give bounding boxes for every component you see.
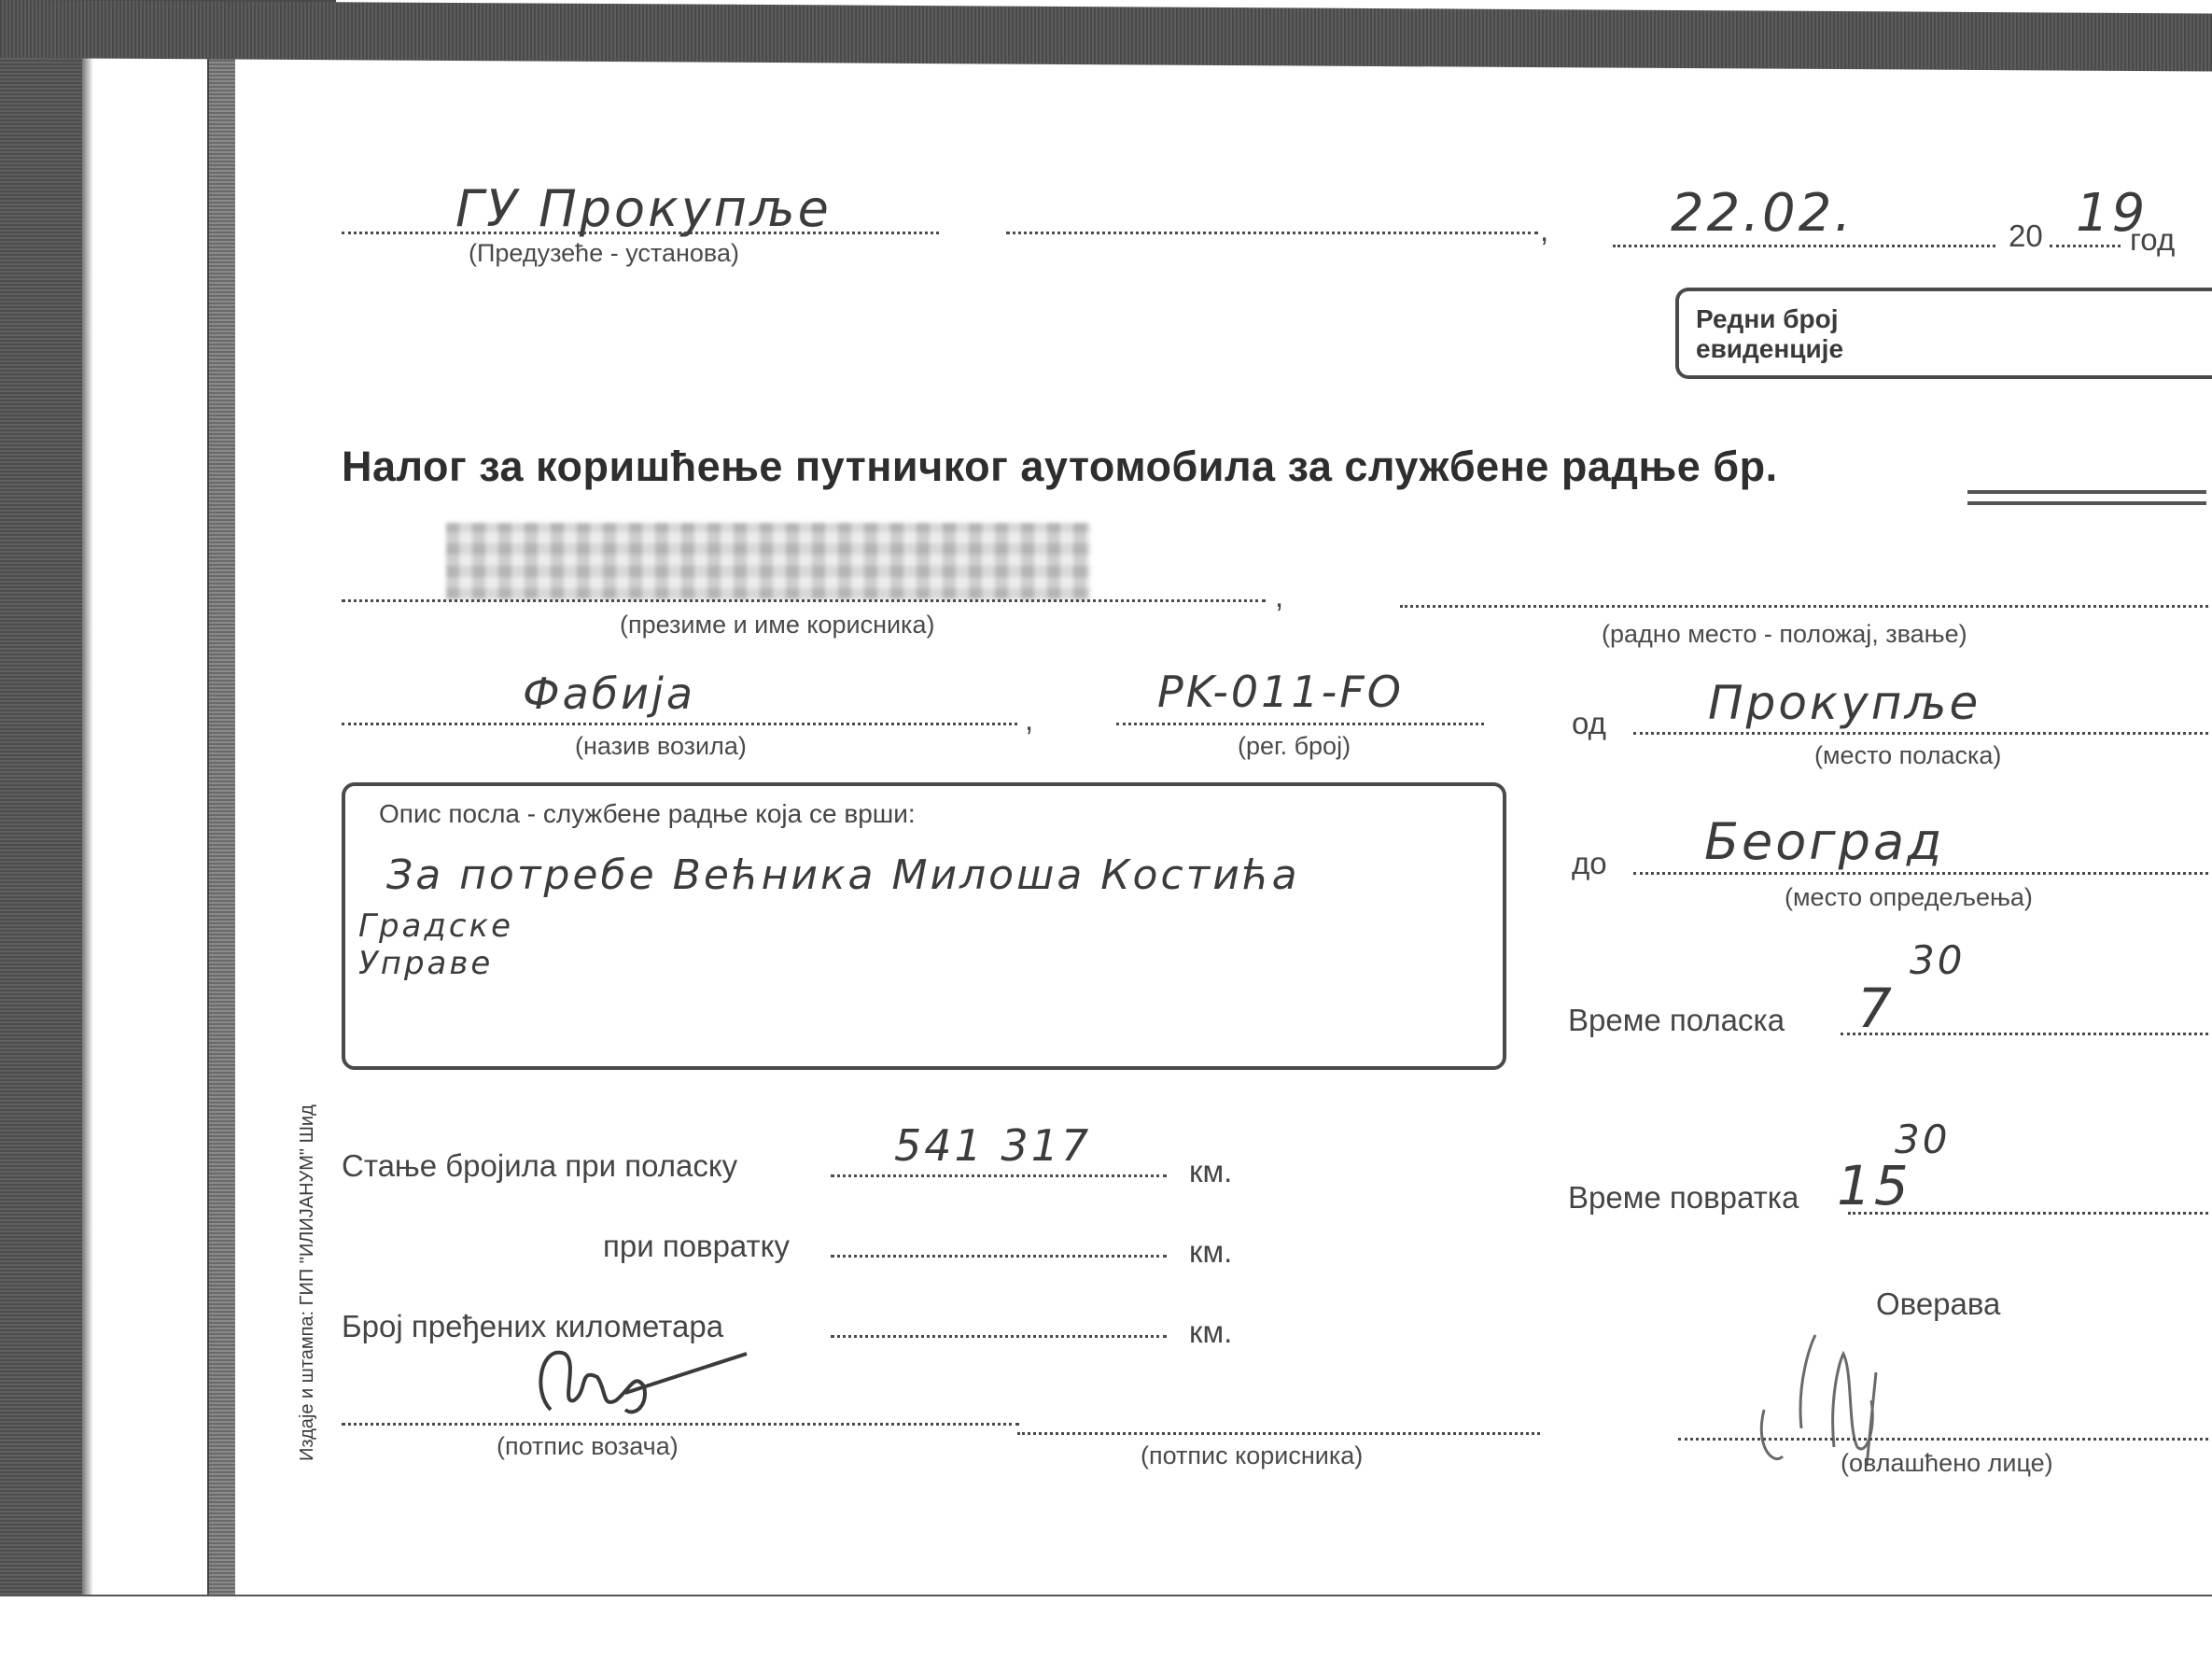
order-number-line-2 xyxy=(1967,501,2206,505)
route-from-label: од xyxy=(1572,706,1606,741)
driver-signature xyxy=(523,1335,765,1419)
authorized-signature-field[interactable] xyxy=(1678,1438,2208,1441)
odometer-departure-value: 541 317 xyxy=(894,1120,1091,1171)
place-comma: , xyxy=(1540,213,1548,248)
departure-time-minutes: 30 xyxy=(1910,937,1965,983)
user-signature-caption: (потпис корисника) xyxy=(1141,1441,1363,1470)
distance-unit: км. xyxy=(1189,1315,1232,1350)
odometer-departure-unit: км. xyxy=(1189,1154,1232,1189)
year-prefix: 20 xyxy=(2009,218,2043,254)
page-title: Налог за коришћење путничког аутомобила … xyxy=(342,443,1778,491)
distance-field[interactable] xyxy=(831,1335,1167,1338)
job-description-box[interactable]: Опис посла - службене радње која се врши… xyxy=(342,782,1506,1070)
user-name-caption: (презиме и име корисника) xyxy=(620,611,934,640)
authorized-signature-caption: (овлашћено лице) xyxy=(1841,1449,2053,1478)
route-to-label: до xyxy=(1572,846,1607,881)
user-position-caption: (радно место - положај, звање) xyxy=(1602,620,1967,649)
organization-field[interactable] xyxy=(342,232,939,234)
scan-border-left xyxy=(0,0,82,1596)
user-name-comma: , xyxy=(1275,579,1283,614)
return-time-hour: 15 xyxy=(1837,1154,1911,1217)
route-from-value: Прокупље xyxy=(1708,676,1981,730)
departure-time-label: Време поласка xyxy=(1568,1003,1785,1038)
vehicle-name-caption: (назив возила) xyxy=(575,732,747,761)
route-to-caption: (место опредељења) xyxy=(1785,883,2033,912)
return-time-field[interactable] xyxy=(1848,1212,2208,1215)
return-time-label: Време повратка xyxy=(1568,1180,1799,1216)
job-description-line: Управе xyxy=(358,945,493,982)
departure-time-hour: 7 xyxy=(1857,977,1895,1040)
printer-imprint: Издаје и штампа: ГИП "ИЛИЈАНУМ" Шид xyxy=(297,1104,318,1461)
user-signature-field[interactable] xyxy=(1017,1432,1540,1435)
registry-number-box[interactable]: Редни број евиденције xyxy=(1675,288,2212,379)
user-name-field[interactable] xyxy=(342,599,1266,602)
scan-shadow xyxy=(82,37,93,1596)
route-to-value: Београд xyxy=(1704,812,1944,871)
route-from-field[interactable] xyxy=(1633,732,2208,735)
organization-value: ГУ Прокупље xyxy=(455,179,832,238)
date-field[interactable] xyxy=(1613,245,1995,247)
odometer-departure-field[interactable] xyxy=(831,1174,1167,1177)
vehicle-name-value: Фабија xyxy=(523,668,695,719)
place-field[interactable] xyxy=(1006,232,1538,234)
odometer-return-unit: км. xyxy=(1189,1234,1232,1270)
date-value: 22.02. xyxy=(1671,183,1854,244)
departure-time-field[interactable] xyxy=(1841,1033,2208,1035)
user-position-field[interactable] xyxy=(1400,605,2208,608)
return-time-minutes: 30 xyxy=(1895,1117,1950,1162)
organization-caption: (Предузеће - установа) xyxy=(469,239,739,268)
odometer-departure-label: Стање бројила при поласку xyxy=(342,1148,737,1184)
registry-number-label: Редни број евиденције xyxy=(1696,304,1843,364)
vehicle-reg-value: PK-011-FO xyxy=(1157,667,1404,717)
driver-signature-field[interactable] xyxy=(342,1423,1019,1426)
route-from-caption: (место поласка) xyxy=(1814,741,2001,770)
scan-stripe xyxy=(207,37,235,1596)
vehicle-name-field[interactable] xyxy=(342,723,1017,725)
vehicle-reg-field[interactable] xyxy=(1116,723,1484,725)
job-description-label: Опис посла - службене радње која се врши… xyxy=(379,799,916,829)
scan-border-top xyxy=(0,0,2212,71)
scan-background xyxy=(0,1596,2212,1659)
job-description-line: Градске xyxy=(358,907,513,945)
year-field[interactable] xyxy=(2050,245,2121,247)
vehicle-comma: , xyxy=(1025,702,1033,738)
driver-signature-caption: (потпис возача) xyxy=(497,1432,679,1461)
year-suffix: год xyxy=(2130,222,2175,258)
order-number-line-1 xyxy=(1967,490,2206,494)
vehicle-reg-caption: (рег. број) xyxy=(1238,732,1351,761)
route-to-field[interactable] xyxy=(1633,872,2208,875)
odometer-return-label: при повратку xyxy=(603,1229,790,1264)
redacted-user-name xyxy=(446,523,1090,599)
job-description-line: За потребе Већника Милоша Костића xyxy=(386,851,1300,899)
odometer-return-field[interactable] xyxy=(831,1255,1167,1258)
